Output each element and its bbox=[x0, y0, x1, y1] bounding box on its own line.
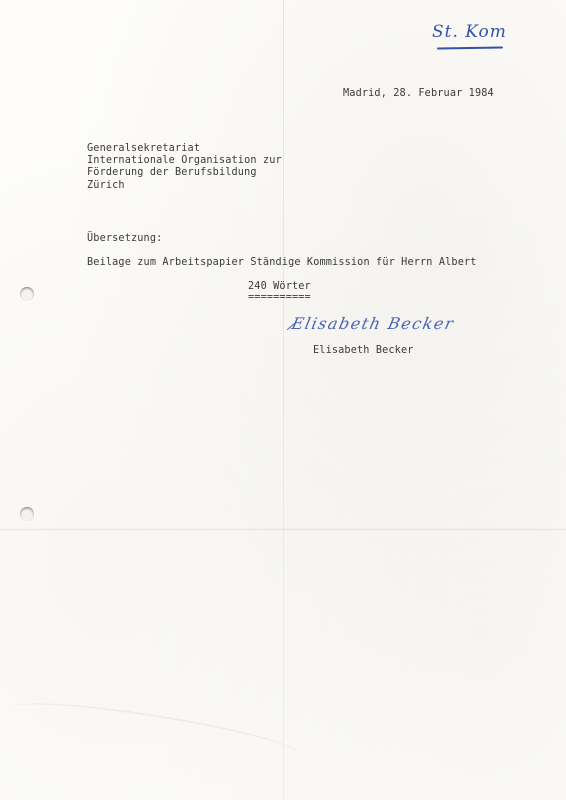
annotation-underline bbox=[437, 46, 503, 49]
punch-hole-icon bbox=[20, 507, 34, 521]
punch-hole-icon bbox=[20, 287, 34, 301]
recipient-line: Förderung der Berufsbildung bbox=[87, 167, 282, 179]
horizontal-fold-line bbox=[0, 528, 566, 531]
word-count-rule: ========== bbox=[248, 292, 311, 304]
paper-crease bbox=[9, 693, 300, 770]
subject-text: Beilage zum Arbeitspapier Ständige Kommi… bbox=[87, 257, 477, 269]
handwritten-annotation: St. Kom bbox=[432, 22, 507, 42]
recipient-address: GeneralsekretariatInternationale Organis… bbox=[87, 143, 282, 192]
recipient-line: Internationale Organisation zur bbox=[87, 155, 282, 167]
signer-name: Elisabeth Becker bbox=[313, 345, 414, 357]
recipient-line: Zürich bbox=[87, 180, 282, 192]
scanned-letter-page: St. Kom Madrid, 28. Februar 1984 General… bbox=[0, 0, 566, 800]
recipient-line: Generalsekretariat bbox=[87, 143, 282, 155]
vertical-fold-line bbox=[283, 0, 284, 800]
subject-label: Übersetzung: bbox=[87, 233, 162, 245]
handwritten-signature: Elisabeth Becker bbox=[290, 314, 456, 333]
date-line: Madrid, 28. Februar 1984 bbox=[343, 88, 494, 100]
